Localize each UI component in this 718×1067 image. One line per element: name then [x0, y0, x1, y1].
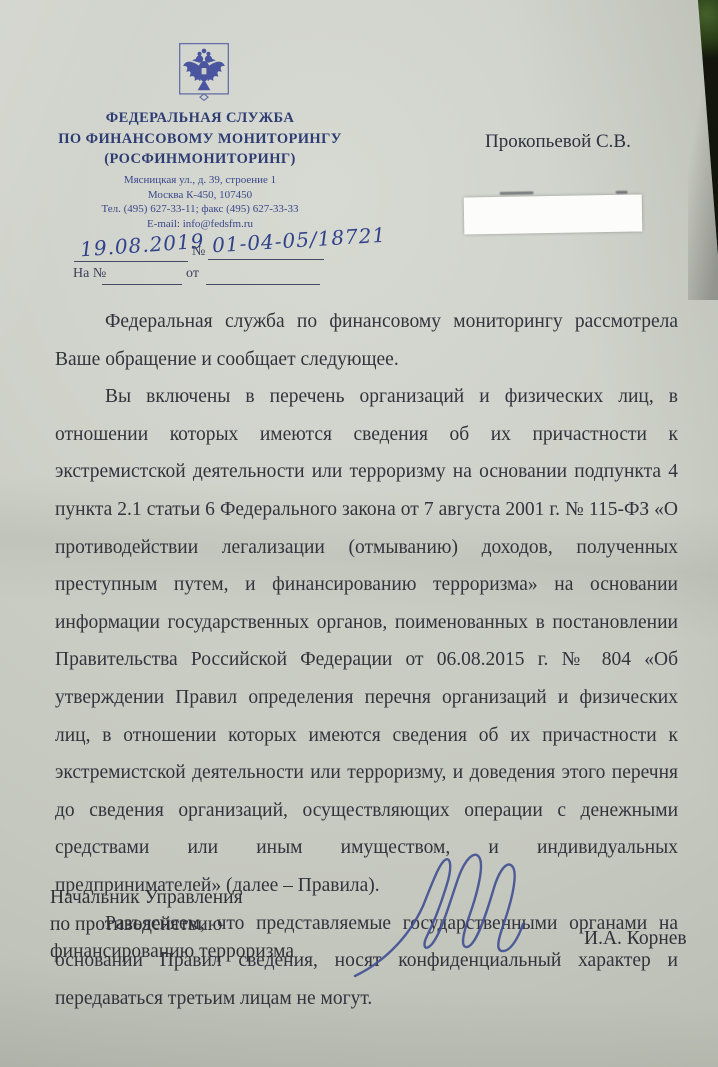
recipient-name: Прокопьевой С.В. [485, 131, 631, 153]
address-line: Мясницкая ул., д. 39, строение 1 [30, 173, 370, 188]
number-underline [208, 259, 324, 260]
redaction-remnant [616, 191, 628, 194]
paragraph: Федеральная служба по финансовому монито… [55, 303, 678, 378]
handwritten-date: 19.08.2019 [79, 229, 205, 262]
agency-line: (РОСФИНМОНИТОРИНГ) [30, 149, 370, 170]
reply-no-label: На № [73, 266, 106, 282]
reply-date-underline [206, 284, 320, 285]
date-underline [74, 261, 188, 262]
coat-of-arms-icon [178, 42, 230, 102]
address-line: Тел. (495) 627-33-11; факс (495) 627-33-… [30, 202, 370, 217]
agency-line: ПО ФИНАНСОВОМУ МОНИТОРИНГУ [30, 129, 370, 150]
agency-name: ФЕДЕРАЛЬНАЯ СЛУЖБА ПО ФИНАНСОВОМУ МОНИТО… [30, 108, 370, 170]
address-line: Москва К-450, 107450 [30, 188, 370, 203]
reply-from-label: от [186, 266, 199, 282]
redaction-box [464, 194, 643, 234]
paragraph: Вы включены в перечень организаций и физ… [55, 378, 678, 904]
redaction-remnant [500, 191, 534, 195]
handwritten-signature [335, 836, 545, 991]
number-sign-label: № [192, 244, 205, 260]
agency-line: ФЕДЕРАЛЬНАЯ СЛУЖБА [30, 108, 370, 129]
signer-name: И.А. Корнев [584, 928, 687, 950]
agency-address: Мясницкая ул., д. 39, строение 1 Москва … [30, 173, 370, 231]
signer-position-line: Начальник Управления [50, 884, 294, 911]
signer-position-line: по противодействию [50, 911, 294, 938]
reply-number-underline [102, 284, 182, 285]
signer-position-line: финансированию терроризма [50, 938, 294, 965]
photo-background: ФЕДЕРАЛЬНАЯ СЛУЖБА ПО ФИНАНСОВОМУ МОНИТО… [0, 0, 718, 1067]
signer-position: Начальник Управления по противодействию … [50, 884, 294, 965]
letter-page: ФЕДЕРАЛЬНАЯ СЛУЖБА ПО ФИНАНСОВОМУ МОНИТО… [0, 0, 718, 1067]
